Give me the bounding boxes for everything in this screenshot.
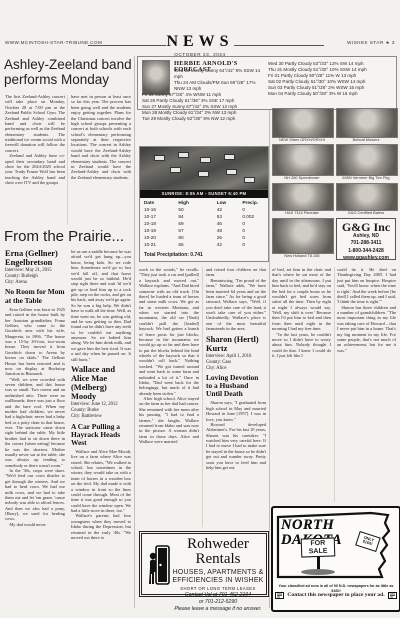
forecast-left-column: Wed 23 Mostly Sunny 64°/42° 8% SSW 14 mp… [142, 68, 264, 122]
photo-caption: NH 260 Speedrower [272, 176, 332, 180]
erna-body-continued: let us use a saddle because he was afrai… [71, 249, 131, 362]
gg-phone-local: 701-288-3411 [337, 240, 395, 248]
forecast-line: Wed 23 Mostly Sunny 64°/42° 8% SSW 14 mp… [174, 68, 264, 80]
moody-name: Wallace and Alice Mae (Melberg) Moody [71, 365, 131, 401]
sharon-meta: Interview: April 1, 2016 County: Cass Ci… [206, 354, 266, 372]
table-row: 10-18 69 46 0 [140, 220, 268, 227]
erna-meta: Interview: May 21, 2015 County: Burleigh… [5, 268, 65, 286]
sharon-body: Sharon says, "I graduated from high scho… [206, 400, 266, 470]
masthead-page-number: WISHEK STAR ★ 3 [347, 40, 395, 46]
erna-name: Erna (Gellner) Engelbretson [5, 249, 65, 267]
col-header-precip: Precip. [242, 199, 268, 206]
column-rule-1 [134, 56, 135, 608]
map-temp-chip [244, 177, 255, 183]
newspaper-icon [275, 592, 284, 599]
cell-precip: 0 [242, 234, 268, 241]
cell-precip: 0 [242, 241, 268, 248]
col-header-low: Low [217, 199, 243, 206]
photo-caption: 605N Vermeer Big Tire Pkg [336, 176, 396, 180]
map-temp-chip [178, 152, 189, 158]
sign-base [301, 569, 335, 575]
moody-headline: A Car Pulling a Hayrack Heads West [71, 423, 131, 447]
cell-precip: 0 [242, 206, 268, 213]
sitrex-rake-photo [272, 108, 334, 138]
column-rule-right [334, 267, 335, 502]
column-rule-mid [202, 267, 203, 527]
table-row: 10-19 57 48 0 [140, 227, 268, 234]
masthead-rule-right [234, 45, 324, 46]
lead-article-col1: The first Zeeland-Ashley concert will ta… [5, 94, 65, 226]
gg-contact-box: G&G Inc Ashley, ND 701-288-3411 1-800-34… [336, 218, 396, 260]
cell-low: 42 [217, 241, 243, 248]
flexrake-photo [272, 183, 334, 211]
prairie-col6: could do it. He died on Thanksgiving Day… [337, 267, 396, 502]
table-row: 10-21 55 42 0 [140, 241, 268, 248]
moody-body: Wallace and Alice Mae Moody live on a fa… [71, 449, 131, 540]
rohweder-phone1: Contact Val at 701-452-2194 [172, 592, 264, 599]
sharon-city: City: Alice [206, 366, 266, 372]
cell-low: 53 [217, 213, 243, 220]
prairie-col2: let us use a saddle because he was afrai… [71, 249, 131, 612]
cell-date: 10-19 [140, 227, 178, 234]
erna-headline: No Room for Mom at the Table [5, 288, 65, 304]
photo-caption: H&S 7114 Flexrake [272, 211, 332, 215]
map-temp-chip [226, 169, 237, 175]
cell-high: 84 [178, 213, 216, 220]
photo-caption: New Holland T8.155 [272, 254, 332, 258]
cell-low: 42 [217, 206, 243, 213]
photo-caption: G&G Certified Balers [336, 211, 396, 215]
prairie-col5: of bed, set him in the chair and that's … [272, 267, 331, 502]
forecast-box: HERBIE ARNOLD'S FORECAST Wed 23 Mostly S… [137, 56, 397, 110]
speedrower-photo [272, 144, 334, 176]
renter-at-door-icon [148, 544, 170, 586]
column-rule-2 [269, 108, 270, 608]
prairie-col4: and raised four children on that farm. R… [206, 267, 266, 527]
prairie-col3: work in the woods," he recalls. "They ju… [139, 267, 199, 527]
for-sale-sign: FOR SALE [301, 538, 335, 575]
vermeer-baler-photo [336, 144, 398, 176]
lead-article-title: Ashley-Zeeland band performs Monday [4, 57, 134, 87]
cell-high: 57 [178, 227, 216, 234]
sunrise-sunset-bar: SUNRISE: 8:05 AM - SUNSET 6:40 PM [140, 190, 268, 198]
certified-balers-photo [336, 183, 398, 211]
lead-article-col2: have met in person at least once so far … [71, 94, 131, 226]
forecast-line: Mon 04 Partly Cloudy 50°/28° 3% W 16 mph [268, 91, 394, 97]
total-precipitation: Total Precipitation: 0.741 [144, 252, 203, 258]
cell-high: 80 [178, 234, 216, 241]
cell-date: 10-18 [140, 220, 178, 227]
nd-classified-ad: NORTH DAKOTA FOR SALE ONLY $160! Your cl… [271, 506, 400, 612]
us-weather-map [140, 147, 268, 190]
table-row: 10-16 50 42 0 [140, 206, 268, 213]
cell-low: 48 [217, 227, 243, 234]
forecast-line: Tue 29 Mostly Cloudy 52°/30° 9% NW 12 mp… [142, 116, 264, 122]
rohweder-phone2: or 701-212-5290 [172, 599, 264, 606]
map-temp-chip [154, 155, 165, 161]
cell-high: 50 [178, 206, 216, 213]
moody-body-end: and raised four children on that farm. R… [206, 267, 266, 332]
moody-meta: Interview: June 12, 2012 County: Burke C… [71, 402, 131, 420]
rohweder-title: Rohweder Rentals [172, 537, 264, 567]
gg-phone-tollfree: 1-800-344-2428 [337, 248, 395, 256]
nd-ad-footer2: Contact this newspaper to place your ad. [287, 592, 384, 599]
cell-precip: 0 [242, 220, 268, 227]
nd-ad-footer2-row: Contact this newspaper to place your ad. [275, 592, 397, 599]
cell-date: 10-16 [140, 206, 178, 213]
gg-company-name: G&G Inc [337, 221, 395, 233]
forecast-right-column: Wed 30 Partly Cloudy 53°/33° 12% SW 14 m… [268, 61, 394, 97]
cell-low: 26 [217, 234, 243, 241]
weather-table-header-row: Date High Low Precip. [140, 199, 268, 206]
cell-date: 10-17 [140, 213, 178, 220]
map-temp-chip [198, 171, 209, 177]
forecast-line: Thu 24 AM Clouds/PM Sun 59°/28° 17% NNW … [174, 80, 264, 92]
cell-date: 10-21 [140, 241, 178, 248]
for-sale-sign-text: FOR SALE [301, 537, 336, 558]
map-temp-chip [200, 157, 211, 163]
col-header-high: High [178, 199, 216, 206]
weather-table: Date High Low Precip. 10-16 50 42 0 10-1… [140, 199, 268, 248]
new-holland-tractor-photo [272, 218, 334, 254]
gg-equipment-ad: NEW Sitrex GRXH/GRXHI Bobcat Mowers NH 2… [272, 108, 396, 260]
bobcat-mowers-photo [336, 108, 398, 138]
rohweder-rentals-ad: Rohweder Rentals HOUSES, APARTMENTS & EF… [139, 531, 269, 597]
rohweder-line2: EFFICIENCIES IN WISHEK [172, 577, 264, 585]
cell-date: 10-20 [140, 234, 178, 241]
map-temp-chip [224, 154, 235, 160]
newspaper-page: WWW.MCINTOSH-STAR-TRIBUNE.COM NEWS OCTOB… [0, 0, 400, 618]
moody-city: City: Battleview [71, 414, 131, 420]
col-header-date: Date [140, 199, 178, 206]
rohweder-note: Please leave a message if no answer. [172, 606, 264, 613]
erna-city: City: Arena [5, 280, 65, 286]
sharon-headline: Loving Devotion to a Husband Until Death [206, 374, 266, 398]
column-rule-lead [67, 95, 68, 225]
cell-high: 55 [178, 241, 216, 248]
erna-body: Erna Gellner was born in 1925 and raised… [5, 307, 65, 527]
cell-precip: 0 [242, 227, 268, 234]
cell-low: 46 [217, 220, 243, 227]
gg-city: Ashley, ND [337, 233, 395, 241]
cell-precip: 0.002 [242, 213, 268, 220]
table-row: 10-20 80 26 0 [140, 234, 268, 241]
gg-website: www.ggashley.com [337, 255, 395, 263]
sharon-name: Sharon (Hertl) Kurtz [206, 335, 266, 353]
newspaper-icon [388, 592, 397, 599]
masthead-section-title: NEWS [0, 34, 400, 50]
map-temp-chip [170, 167, 181, 173]
table-row: 10-17 84 53 0.002 [140, 213, 268, 220]
cell-high: 69 [178, 220, 216, 227]
almanac-box: SUNRISE: 8:05 AM - SUNSET 6:40 PM Date H… [139, 146, 269, 262]
photo-caption: NEW Sitrex GRXH/GRXHI [272, 138, 332, 142]
prairie-col1: Erna (Gellner) Engelbretson Interview: M… [5, 249, 65, 612]
rohweder-line1: HOUSES, APARTMENTS & [172, 569, 264, 577]
photo-caption: Bobcat Mowers [336, 138, 396, 142]
